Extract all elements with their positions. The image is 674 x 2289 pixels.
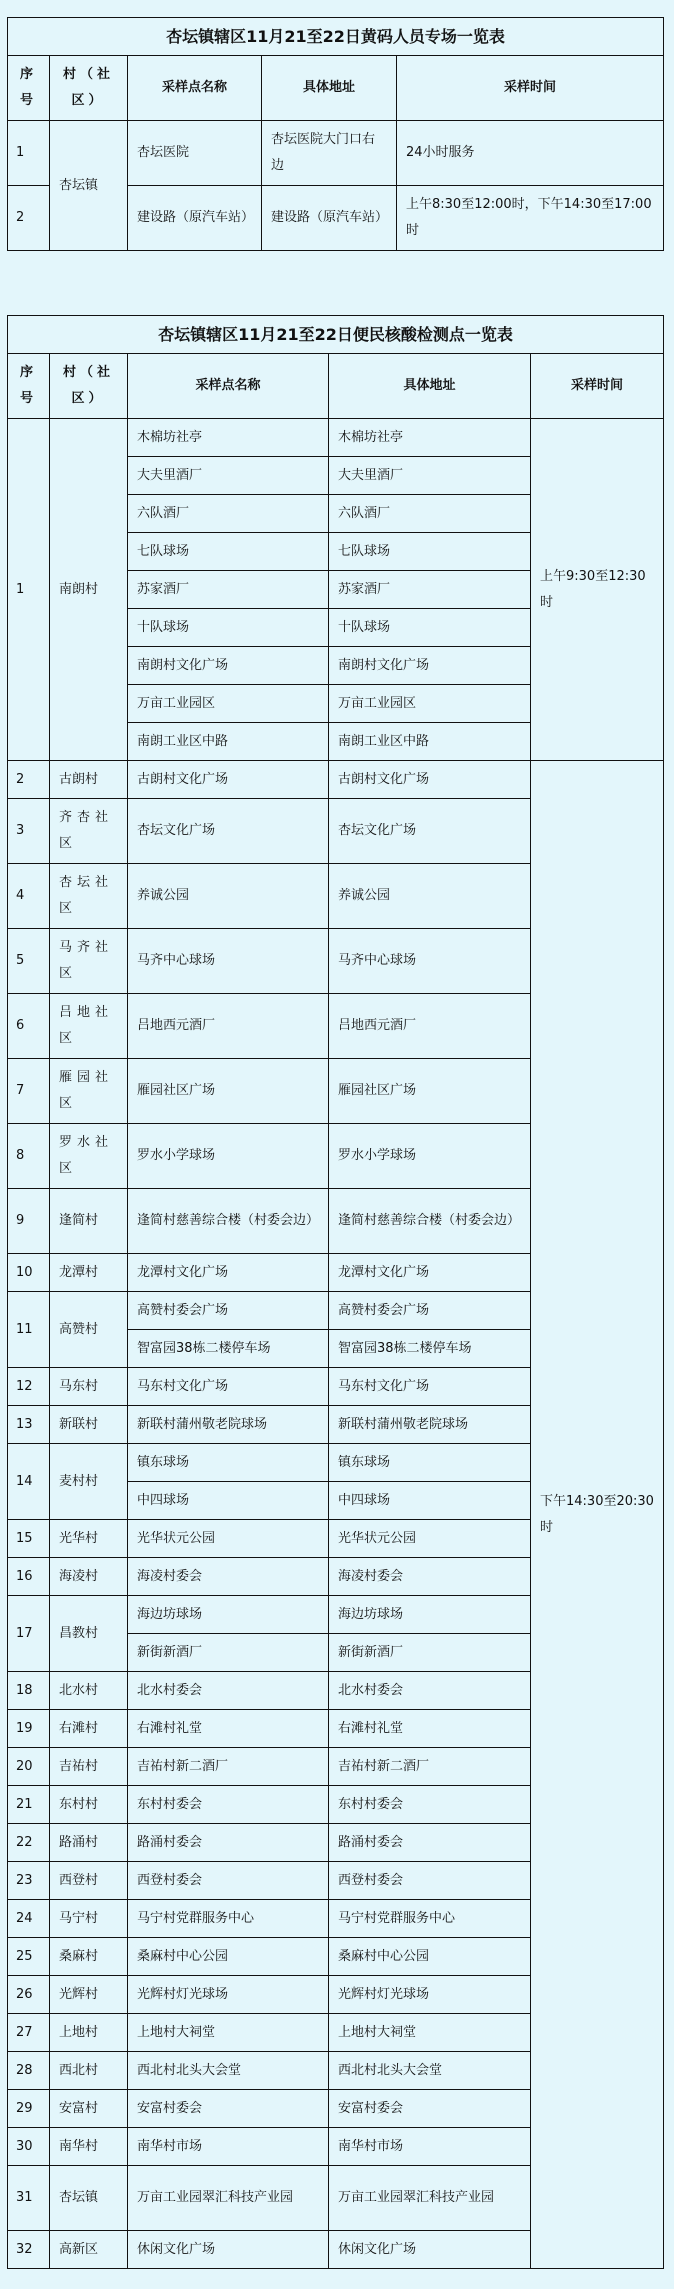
- row-site-name: 上地村大祠堂: [128, 2014, 329, 2052]
- row-address: 安富村委会: [329, 2090, 531, 2128]
- row-village: 新联村: [50, 1406, 128, 1444]
- row-address: 万亩工业园翠汇科技产业园: [329, 2166, 531, 2231]
- row-site-name: 马东村文化广场: [128, 1368, 329, 1406]
- row-village: 光辉村: [50, 1976, 128, 2014]
- row-no: 8: [8, 1124, 50, 1189]
- row-village: 齐杏社区: [50, 799, 128, 864]
- row-address: 新街新酒厂: [329, 1634, 531, 1672]
- header-no: 序号: [8, 354, 50, 419]
- row-address: 新联村蒲州敬老院球场: [329, 1406, 531, 1444]
- row-village: 马齐社区: [50, 929, 128, 994]
- row-address: 海凌村委会: [329, 1558, 531, 1596]
- row-village: 麦村村: [50, 1444, 128, 1520]
- row-site-name: 光华状元公园: [128, 1520, 329, 1558]
- header-time: 采样时间: [397, 56, 664, 121]
- row-address: 右滩村礼堂: [329, 1710, 531, 1748]
- row-address: 建设路（原汽车站）: [262, 186, 397, 251]
- row-no: 6: [8, 994, 50, 1059]
- row-site-name: 新联村蒲州敬老院球场: [128, 1406, 329, 1444]
- row-address: 南朗村文化广场: [329, 647, 531, 685]
- header-site-name: 采样点名称: [128, 56, 262, 121]
- row-address: 智富园38栋二楼停车场: [329, 1330, 531, 1368]
- row-site-name: 吉祐村新二酒厂: [128, 1748, 329, 1786]
- row-no: 18: [8, 1672, 50, 1710]
- row-village: 南华村: [50, 2128, 128, 2166]
- row-address: 逢简村慈善综合楼（村委会边）: [329, 1189, 531, 1254]
- row-site-name: 木棉坊社亭: [128, 419, 329, 457]
- row-village: 南朗村: [50, 419, 128, 761]
- row-address: 万亩工业园区: [329, 685, 531, 723]
- row-village: 杏坛镇: [50, 2166, 128, 2231]
- row-address: 六队酒厂: [329, 495, 531, 533]
- row-village: 龙潭村: [50, 1254, 128, 1292]
- row-site-name: 东村村委会: [128, 1786, 329, 1824]
- header-village: 村（社区）: [50, 56, 128, 121]
- row-site-name: 路涌村委会: [128, 1824, 329, 1862]
- row-address: 南朗工业区中路: [329, 723, 531, 761]
- row-no: 21: [8, 1786, 50, 1824]
- row-site-name: 杏坛文化广场: [128, 799, 329, 864]
- row-no: 28: [8, 2052, 50, 2090]
- row-no: 19: [8, 1710, 50, 1748]
- row-no: 29: [8, 2090, 50, 2128]
- row-address: 西登村委会: [329, 1862, 531, 1900]
- row-site-name: 雁园社区广场: [128, 1059, 329, 1124]
- row-site-name: 海边坊球场: [128, 1596, 329, 1634]
- row-village: 桑麻村: [50, 1938, 128, 1976]
- row-address: 十队球场: [329, 609, 531, 647]
- row-village: 逢简村: [50, 1189, 128, 1254]
- row-address: 马宁村党群服务中心: [329, 1900, 531, 1938]
- row-site-name: 十队球场: [128, 609, 329, 647]
- row-no: 26: [8, 1976, 50, 2014]
- row-address: 七队球场: [329, 533, 531, 571]
- row-address: 光辉村灯光球场: [329, 1976, 531, 2014]
- row-no: 25: [8, 1938, 50, 1976]
- row-site-name: 智富园38栋二楼停车场: [128, 1330, 329, 1368]
- row-site-name: 六队酒厂: [128, 495, 329, 533]
- row-village: 高新区: [50, 2231, 128, 2269]
- row-site-name: 海凌村委会: [128, 1558, 329, 1596]
- row-site-name: 建设路（原汽车站）: [128, 186, 262, 251]
- row-village: 光华村: [50, 1520, 128, 1558]
- header-no: 序号: [8, 56, 50, 121]
- row-village: 昌教村: [50, 1596, 128, 1672]
- test-site-table: 杏坛镇辖区11月21至22日便民核酸检测点一览表 序号 村（社区） 采样点名称 …: [7, 315, 664, 2269]
- row-no: 3: [8, 799, 50, 864]
- row-village: 安富村: [50, 2090, 128, 2128]
- row-site-name: 万亩工业园翠汇科技产业园: [128, 2166, 329, 2231]
- row-address: 东村村委会: [329, 1786, 531, 1824]
- row-no: 17: [8, 1596, 50, 1672]
- row-no: 27: [8, 2014, 50, 2052]
- row-village: 马宁村: [50, 1900, 128, 1938]
- row-village: 马东村: [50, 1368, 128, 1406]
- row-site-name: 南华村市场: [128, 2128, 329, 2166]
- row-village: 北水村: [50, 1672, 128, 1710]
- row-site-name: 养诚公园: [128, 864, 329, 929]
- row-address: 木棉坊社亭: [329, 419, 531, 457]
- row-no: 12: [8, 1368, 50, 1406]
- row-address: 路涌村委会: [329, 1824, 531, 1862]
- row-village: 罗水社区: [50, 1124, 128, 1189]
- row-address: 雁园社区广场: [329, 1059, 531, 1124]
- row-village: 上地村: [50, 2014, 128, 2052]
- row-site-name: 马齐中心球场: [128, 929, 329, 994]
- row-address: 西北村北头大会堂: [329, 2052, 531, 2090]
- row-site-name: 龙潭村文化广场: [128, 1254, 329, 1292]
- header-time: 采样时间: [531, 354, 664, 419]
- row-site-name: 马宁村党群服务中心: [128, 1900, 329, 1938]
- row-village: 西登村: [50, 1862, 128, 1900]
- row-address: 休闲文化广场: [329, 2231, 531, 2269]
- row-no: 23: [8, 1862, 50, 1900]
- row-no: 5: [8, 929, 50, 994]
- row-site-name: 休闲文化广场: [128, 2231, 329, 2269]
- row-no: 2: [8, 186, 50, 251]
- table-row: 1南朗村木棉坊社亭木棉坊社亭上午9:30至12:30时: [8, 419, 664, 457]
- row-village: 右滩村: [50, 1710, 128, 1748]
- row-site-name: 吕地西元酒厂: [128, 994, 329, 1059]
- row-address: 光华状元公园: [329, 1520, 531, 1558]
- row-time: 上午9:30至12:30时: [531, 419, 664, 761]
- row-address: 北水村委会: [329, 1672, 531, 1710]
- row-address: 杏坛文化广场: [329, 799, 531, 864]
- row-no: 24: [8, 1900, 50, 1938]
- row-address: 桑麻村中心公园: [329, 1938, 531, 1976]
- row-address: 大夫里酒厂: [329, 457, 531, 495]
- row-site-name: 古朗村文化广场: [128, 761, 329, 799]
- row-village: 雁园社区: [50, 1059, 128, 1124]
- row-site-name: 北水村委会: [128, 1672, 329, 1710]
- row-no: 1: [8, 121, 50, 186]
- row-village: 吕地社区: [50, 994, 128, 1059]
- row-village: 杏坛社区: [50, 864, 128, 929]
- row-site-name: 中四球场: [128, 1482, 329, 1520]
- row-address: 马齐中心球场: [329, 929, 531, 994]
- row-site-name: 西登村委会: [128, 1862, 329, 1900]
- row-site-name: 安富村委会: [128, 2090, 329, 2128]
- row-village: 路涌村: [50, 1824, 128, 1862]
- row-no: 13: [8, 1406, 50, 1444]
- row-village: 海凌村: [50, 1558, 128, 1596]
- row-site-name: 镇东球场: [128, 1444, 329, 1482]
- row-address: 高赞村委会广场: [329, 1292, 531, 1330]
- row-no: 7: [8, 1059, 50, 1124]
- header-site-name: 采样点名称: [128, 354, 329, 419]
- row-site-name: 南朗村文化广场: [128, 647, 329, 685]
- row-address: 杏坛医院大门口右边: [262, 121, 397, 186]
- row-address: 镇东球场: [329, 1444, 531, 1482]
- row-time: 下午14:30至20:30时: [531, 761, 664, 2269]
- yellow-code-table: 杏坛镇辖区11月21至22日黄码人员专场一览表 序号 村（社区） 采样点名称 具…: [7, 17, 664, 251]
- row-site-name: 西北村北头大会堂: [128, 2052, 329, 2090]
- row-site-name: 新街新酒厂: [128, 1634, 329, 1672]
- row-no: 9: [8, 1189, 50, 1254]
- row-address: 龙潭村文化广场: [329, 1254, 531, 1292]
- row-village: 高赞村: [50, 1292, 128, 1368]
- row-village: 古朗村: [50, 761, 128, 799]
- row-address: 苏家酒厂: [329, 571, 531, 609]
- header-address: 具体地址: [262, 56, 397, 121]
- row-site-name: 大夫里酒厂: [128, 457, 329, 495]
- row-site-name: 逢简村慈善综合楼（村委会边）: [128, 1189, 329, 1254]
- row-address: 罗水小学球场: [329, 1124, 531, 1189]
- row-site-name: 桑麻村中心公园: [128, 1938, 329, 1976]
- row-village: 西北村: [50, 2052, 128, 2090]
- row-no: 1: [8, 419, 50, 761]
- row-site-name: 右滩村礼堂: [128, 1710, 329, 1748]
- row-no: 15: [8, 1520, 50, 1558]
- row-village: 吉祐村: [50, 1748, 128, 1786]
- row-address: 吉祐村新二酒厂: [329, 1748, 531, 1786]
- table-row: 2古朗村古朗村文化广场古朗村文化广场下午14:30至20:30时: [8, 761, 664, 799]
- row-time: 24小时服务: [397, 121, 664, 186]
- row-address: 古朗村文化广场: [329, 761, 531, 799]
- row-no: 22: [8, 1824, 50, 1862]
- row-no: 14: [8, 1444, 50, 1520]
- row-no: 16: [8, 1558, 50, 1596]
- row-address: 海边坊球场: [329, 1596, 531, 1634]
- table-title: 杏坛镇辖区11月21至22日便民核酸检测点一览表: [8, 316, 664, 354]
- table-title: 杏坛镇辖区11月21至22日黄码人员专场一览表: [8, 18, 664, 56]
- table-row: 1 杏坛镇 杏坛医院 杏坛医院大门口右边 24小时服务: [8, 121, 664, 186]
- row-site-name: 高赞村委会广场: [128, 1292, 329, 1330]
- header-address: 具体地址: [329, 354, 531, 419]
- row-address: 南华村市场: [329, 2128, 531, 2166]
- row-no: 10: [8, 1254, 50, 1292]
- row-no: 4: [8, 864, 50, 929]
- row-no: 2: [8, 761, 50, 799]
- row-no: 20: [8, 1748, 50, 1786]
- row-address: 马东村文化广场: [329, 1368, 531, 1406]
- row-site-name: 七队球场: [128, 533, 329, 571]
- row-address: 吕地西元酒厂: [329, 994, 531, 1059]
- row-site-name: 罗水小学球场: [128, 1124, 329, 1189]
- row-site-name: 万亩工业园区: [128, 685, 329, 723]
- row-site-name: 光辉村灯光球场: [128, 1976, 329, 2014]
- row-no: 30: [8, 2128, 50, 2166]
- header-village: 村（社区）: [50, 354, 128, 419]
- row-address: 中四球场: [329, 1482, 531, 1520]
- row-village: 杏坛镇: [50, 121, 128, 251]
- row-no: 11: [8, 1292, 50, 1368]
- row-site-name: 苏家酒厂: [128, 571, 329, 609]
- row-address: 上地村大祠堂: [329, 2014, 531, 2052]
- row-no: 32: [8, 2231, 50, 2269]
- row-village: 东村村: [50, 1786, 128, 1824]
- row-site-name: 南朗工业区中路: [128, 723, 329, 761]
- row-address: 养诚公园: [329, 864, 531, 929]
- row-time: 上午8:30至12:00时，下午14:30至17:00时: [397, 186, 664, 251]
- row-no: 31: [8, 2166, 50, 2231]
- row-site-name: 杏坛医院: [128, 121, 262, 186]
